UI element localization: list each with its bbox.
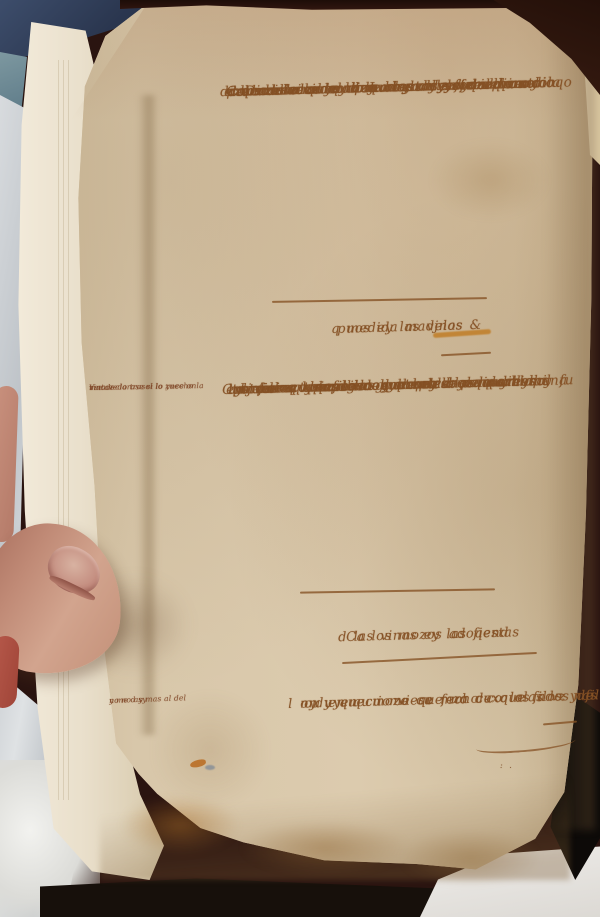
handwritten-line: y me d sy — [109, 696, 147, 707]
page-stack-edge-lines — [58, 60, 72, 800]
page-bottom-shading — [100, 770, 570, 880]
water-stain — [430, 140, 550, 220]
handwritten-line: mataz — [89, 384, 113, 394]
ink-dots: : . — [500, 762, 514, 770]
handwritten-line: eyl mas q qezel v — [226, 380, 363, 409]
handwritten-line: prue da a — [226, 84, 301, 110]
manuscript-photo: C Dz hruezzos mida regada y ferial msol … — [0, 0, 600, 917]
small-ink-smudge — [205, 765, 215, 770]
